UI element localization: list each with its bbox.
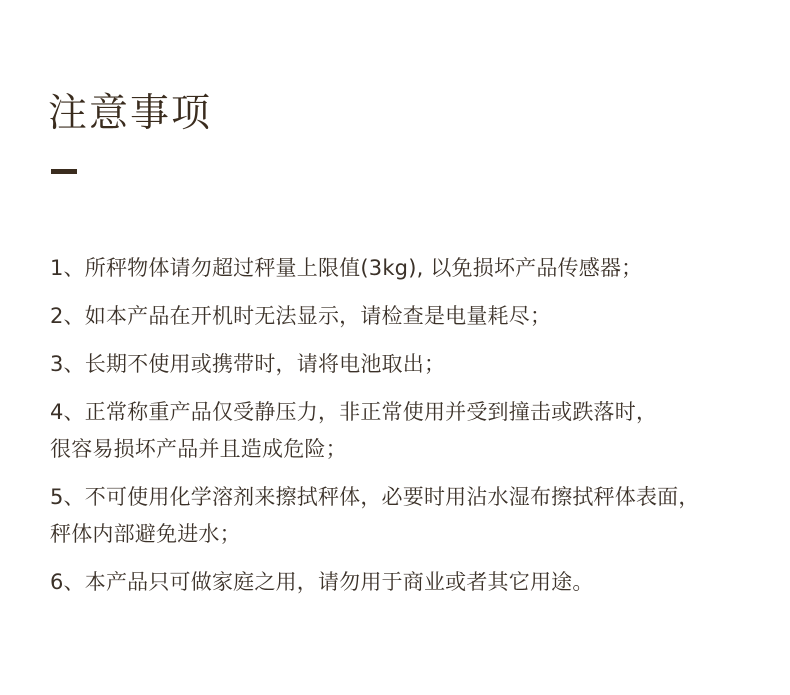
precaution-text: 1、所秤物体请勿超过秤量上限值(3kg), 以免损坏产品传感器； bbox=[50, 250, 770, 287]
title-underline-divider bbox=[51, 169, 77, 174]
precaution-item-2: 2、如本产品在开机时无法显示，请检查是电量耗尽； bbox=[50, 298, 770, 335]
precaution-text-continued: 秤体内部避免进水； bbox=[50, 516, 770, 553]
precaution-text: 5、不可使用化学溶剂来擦拭秤体，必要时用沾水湿布擦拭秤体表面， bbox=[50, 479, 770, 516]
precaution-text: 2、如本产品在开机时无法显示，请检查是电量耗尽； bbox=[50, 298, 770, 335]
precaution-text-continued: 很容易损坏产品并且造成危险； bbox=[50, 431, 770, 468]
precaution-item-4: 4、正常称重产品仅受静压力，非正常使用并受到撞击或跌落时， 很容易损坏产品并且造… bbox=[50, 394, 770, 468]
precaution-item-1: 1、所秤物体请勿超过秤量上限值(3kg), 以免损坏产品传感器； bbox=[50, 250, 770, 287]
precaution-text: 4、正常称重产品仅受静压力，非正常使用并受到撞击或跌落时， bbox=[50, 394, 770, 431]
precautions-list: 1、所秤物体请勿超过秤量上限值(3kg), 以免损坏产品传感器； 2、如本产品在… bbox=[50, 250, 770, 612]
page-title: 注意事项 bbox=[48, 88, 212, 140]
precaution-text: 3、长期不使用或携带时，请将电池取出； bbox=[50, 346, 770, 383]
precaution-item-5: 5、不可使用化学溶剂来擦拭秤体，必要时用沾水湿布擦拭秤体表面， 秤体内部避免进水… bbox=[50, 479, 770, 553]
precaution-text: 6、本产品只可做家庭之用，请勿用于商业或者其它用途。 bbox=[50, 564, 770, 601]
precaution-item-3: 3、长期不使用或携带时，请将电池取出； bbox=[50, 346, 770, 383]
precaution-item-6: 6、本产品只可做家庭之用，请勿用于商业或者其它用途。 bbox=[50, 564, 770, 601]
